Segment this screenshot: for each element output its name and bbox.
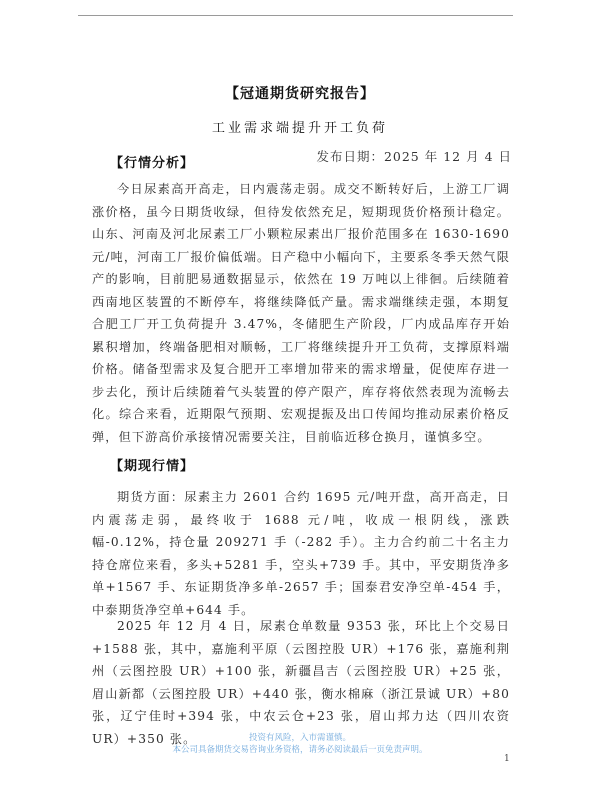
section-heading-market-analysis: 【行情分析】 xyxy=(110,152,194,171)
page-number: 1 xyxy=(504,754,510,764)
market-analysis-paragraph: 今日尿素高开高走，日内震荡走弱。成交不断转好后，上游工厂调涨价格，虽今日期货收绿… xyxy=(92,178,510,448)
header-rule xyxy=(78,15,513,16)
risk-disclaimer: 投资有风险，入市需谨慎。 xyxy=(0,732,600,744)
report-subtitle: 工业需求端提升开工负荷 xyxy=(0,117,600,136)
section-heading-futures-spot: 【期现行情】 xyxy=(110,455,194,474)
report-title: 【冠通期货研究报告】 xyxy=(0,83,600,103)
warehouse-receipt-paragraph: 2025 年 12 月 4 日，尿素仓单数量 9353 张，环比上个交易日+15… xyxy=(92,615,510,750)
qualification-disclaimer: 本公司具备期货交易咨询业务资格，请务必阅读最后一页免责声明。 xyxy=(0,744,600,756)
publish-date: 发布日期：2025 年 12 月 4 日 xyxy=(316,147,512,165)
futures-paragraph: 期货方面：尿素主力 2601 合约 1695 元/吨开盘，高开高走，日内震荡走弱… xyxy=(92,486,510,621)
